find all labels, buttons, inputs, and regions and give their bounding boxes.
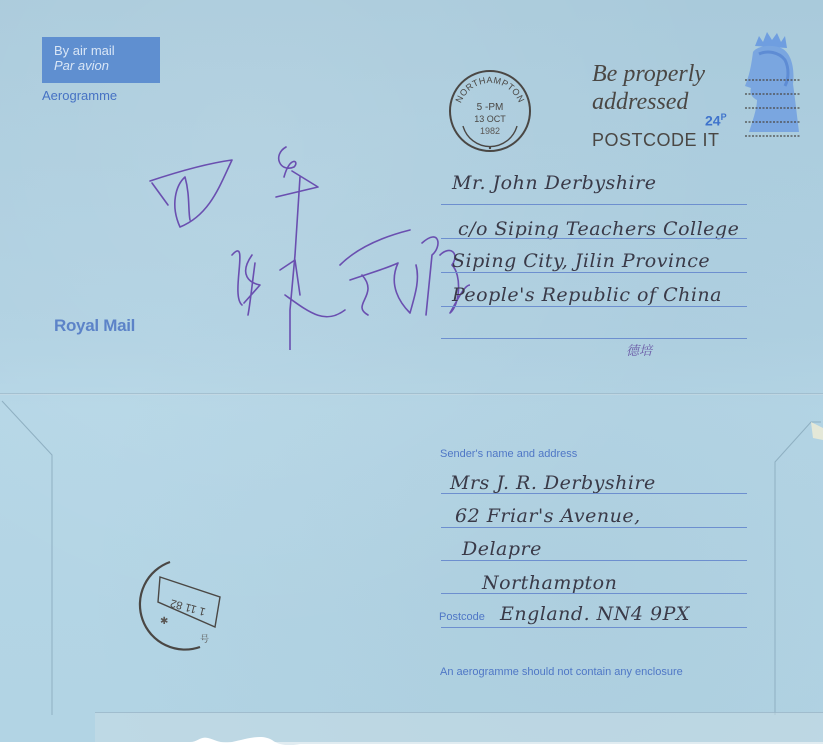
address-rule: [441, 238, 747, 239]
address-rule: [441, 204, 747, 205]
royal-mail-logo: Royal Mail: [54, 316, 135, 336]
address-rule: [441, 560, 747, 561]
postmark-date: 13 OCT: [474, 114, 506, 124]
address-rule: [441, 493, 747, 494]
aerogramme-sheet: By air mail Par avion Aerogramme Royal M…: [0, 0, 823, 742]
address-rule: [441, 593, 747, 594]
airmail-label: By air mail Par avion: [42, 37, 160, 83]
slogan-line-1: Be properly: [592, 60, 705, 88]
postmark-year: 1982: [480, 126, 500, 136]
recipient-line-2: c/o Siping Teachers College: [458, 218, 739, 240]
recipient-line-3: Siping City, Jilin Province: [452, 250, 710, 272]
address-rule: [441, 527, 747, 528]
form-type: Aerogramme: [42, 88, 117, 103]
pencil-note: 德培: [626, 340, 652, 359]
postmark-time: 5 -PM: [477, 102, 504, 113]
sender-line-5: England. NN4 9PX: [500, 603, 690, 625]
address-rule: [441, 306, 747, 307]
address-rule: [441, 272, 747, 273]
airmail-label-english: By air mail: [54, 43, 160, 58]
slogan-postcode: POSTCODE IT: [592, 130, 720, 151]
left-flap-outline: [0, 393, 60, 723]
stamp-value-number: 24: [705, 113, 721, 129]
postcode-label: Postcode: [439, 611, 485, 623]
recipient-line-1: Mr. John Derbyshire: [452, 172, 656, 194]
airmail-label-french: Par avion: [54, 58, 160, 73]
chinese-postmark-date: 1 11 82: [169, 597, 207, 618]
address-rule: [441, 338, 747, 339]
sender-heading: Sender's name and address: [440, 448, 577, 460]
svg-text:号: 号: [200, 634, 209, 645]
fold-crease: [0, 393, 823, 395]
chinese-handwriting: [140, 135, 470, 350]
sender-line-4: Northampton: [482, 572, 617, 594]
slogan-cancel: Be properly addressed: [592, 60, 705, 116]
chinese-postmark: 1 11 82 ✱ 号: [130, 552, 240, 652]
stamp-value-unit: P: [721, 112, 727, 122]
enclosure-warning: An aerogramme should not contain any enc…: [440, 666, 683, 678]
slogan-line-2: addressed: [592, 88, 705, 116]
torn-edge: [0, 736, 823, 754]
address-rule: [441, 627, 747, 628]
queen-profile-icon: [735, 28, 807, 140]
recipient-line-4: People's Republic of China: [452, 284, 722, 306]
right-flap-outline: [765, 420, 823, 720]
sender-line-1: Mrs J. R. Derbyshire: [450, 472, 656, 494]
stamp-value: 24P: [705, 112, 727, 129]
sender-line-3: Delapre: [462, 538, 542, 560]
svg-text:✱: ✱: [160, 616, 168, 627]
sender-line-2: 62 Friar's Avenue,: [455, 505, 641, 527]
